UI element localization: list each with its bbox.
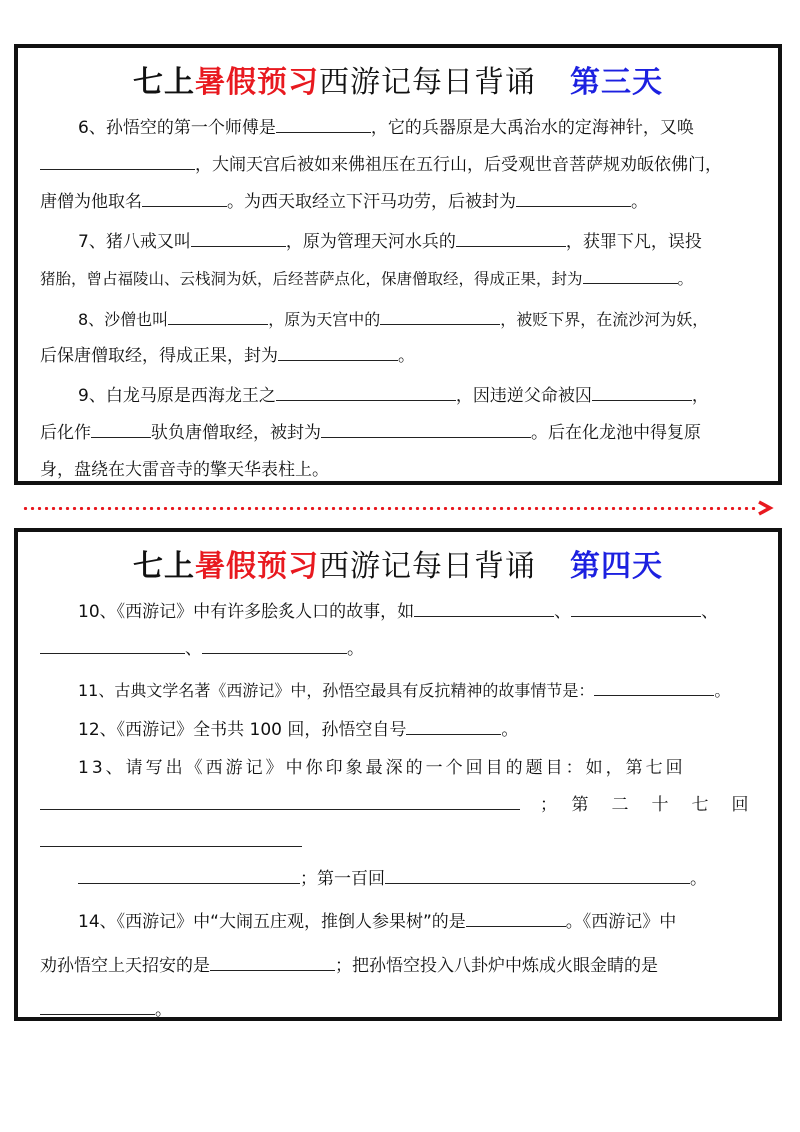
q9-blank-2[interactable] — [592, 380, 692, 401]
q6-blank-1[interactable] — [276, 112, 371, 133]
q9-text: 身，盘绕在大雷音寺的擎天华表柱上。 — [40, 460, 329, 480]
q14-text: ；把孙悟空投入八卦炉中炼成火眼金睛的是 — [335, 956, 658, 976]
title-middle: 西游记每日背诵 — [319, 549, 536, 584]
q14-text: 。 — [155, 1000, 172, 1020]
q13-text: ； 第 二 十 七 回 — [540, 795, 752, 815]
q6-blank-3[interactable] — [142, 186, 227, 207]
q10-separator: 、 — [701, 602, 718, 622]
q8-blank-2[interactable] — [380, 304, 500, 325]
q8-text: 。 — [398, 346, 415, 366]
q13-blank-3[interactable] — [78, 863, 300, 884]
title-highlight: 暑假预习 — [195, 549, 319, 584]
q9-blank-4[interactable] — [321, 417, 531, 438]
q11-text: 11、古典文学名著《西游记》中，孙悟空最具有反抗精神的故事情节是： — [78, 681, 594, 700]
q8-text: ，被贬下界，在流沙河为妖， — [500, 310, 708, 329]
q12-blank[interactable] — [406, 714, 501, 735]
q14-blank-1[interactable] — [466, 906, 566, 927]
q6-blank-2[interactable] — [40, 149, 195, 170]
q14-text: 劝孙悟空上天招安的是 — [40, 956, 210, 976]
q10-blank-4[interactable] — [202, 633, 347, 654]
q7-text: ，原为管理天河水兵的 — [286, 232, 456, 252]
q6-text: 。 — [631, 192, 648, 212]
dotted-line — [22, 507, 757, 510]
q10-blank-2[interactable] — [571, 596, 701, 617]
q6-text: 唐僧为他取名 — [40, 192, 142, 212]
q10-separator: 、 — [185, 639, 202, 659]
q7-blank-2[interactable] — [456, 226, 566, 247]
q7-text: 7、猪八戒又叫 — [78, 232, 191, 252]
q12-text: 12、《西游记》全书共 100 回，孙悟空自号 — [78, 720, 406, 740]
q7-blank-3[interactable] — [583, 263, 678, 284]
day4-title: 七上暑假预习西游记每日背诵第四天 — [18, 546, 778, 588]
q6-text: 。为西天取经立下汗马功劳，后被封为 — [227, 192, 516, 212]
q13-blank-1[interactable] — [40, 789, 520, 810]
q14-blank-3[interactable] — [40, 994, 155, 1015]
q6-blank-4[interactable] — [516, 186, 631, 207]
arrow-right-icon — [756, 500, 774, 516]
question-8: 8、沙僧也叫，原为天宫中的，被贬下界，在流沙河为妖， 后保唐僧取经，得成正果，封… — [40, 301, 760, 375]
q8-text: 后保唐僧取经，得成正果，封为 — [40, 346, 278, 366]
q9-text: 后化作 — [40, 423, 91, 443]
q8-text: ，原为天宫中的 — [268, 310, 380, 329]
question-13: 13、请写出《西游记》中你印象最深的一个回目的题目：如，第七回 ； 第 二 十 … — [40, 750, 760, 898]
q8-text: 8、沙僧也叫 — [78, 310, 168, 329]
title-day: 第四天 — [570, 549, 663, 584]
q7-text: 。 — [678, 270, 694, 288]
dotted-arrow-divider — [22, 500, 774, 516]
q11-blank[interactable] — [594, 675, 714, 696]
q9-text: ， — [692, 386, 709, 406]
q13-text: 。 — [690, 869, 707, 889]
worksheet-day3-card: 七上暑假预习西游记每日背诵第三天 6、孙悟空的第一个师傅是，它的兵器原是大禹治水… — [14, 44, 782, 485]
q11-text: 。 — [714, 681, 730, 700]
q10-blank-1[interactable] — [414, 596, 554, 617]
title-prefix: 七上 — [133, 65, 195, 100]
q7-text: 猪胎，曾占福陵山、云栈洞为妖，后经菩萨点化，保唐僧取经，得成正果，封为 — [40, 270, 583, 288]
q10-separator: 、 — [554, 602, 571, 622]
q13-text: 13、请写出《西游记》中你印象最深的一个回目的题目：如，第七回 — [78, 758, 686, 778]
q8-blank-1[interactable] — [168, 304, 268, 325]
q13-blank-2[interactable] — [40, 826, 302, 847]
title-highlight: 暑假预习 — [195, 65, 319, 100]
title-prefix: 七上 — [133, 549, 195, 584]
q9-text: 驮负唐僧取经，被封为 — [151, 423, 321, 443]
q6-text: ，大闹天宫后被如来佛祖压在五行山，后受观世音菩萨规劝皈依佛门， — [195, 155, 722, 175]
q6-text: ，它的兵器原是大禹治水的定海神针，又唤 — [371, 118, 694, 138]
question-7: 7、猪八戒又叫，原为管理天河水兵的，获罪下凡，误投 猪胎，曾占福陵山、云栈洞为妖… — [40, 224, 760, 298]
q10-text: 10、《西游记》中有许多脍炙人口的故事，如 — [78, 602, 414, 622]
q14-text: 14、《西游记》中“大闹五庄观，推倒人参果树”的是 — [78, 912, 466, 932]
q13-blank-4[interactable] — [385, 863, 690, 884]
q9-text: ，因违逆父命被囚 — [456, 386, 592, 406]
question-10: 10、《西游记》中有许多脍炙人口的故事，如、、 、。 — [40, 594, 760, 668]
title-middle: 西游记每日背诵 — [319, 65, 536, 100]
title-day: 第三天 — [570, 65, 663, 100]
q9-blank-1[interactable] — [276, 380, 456, 401]
question-14: 14、《西游记》中“大闹五庄观，推倒人参果树”的是。《西游记》中 劝孙悟空上天招… — [40, 900, 760, 1032]
q13-text: ；第一百回 — [300, 869, 385, 889]
q9-text: 。后在化龙池中得复原 — [531, 423, 701, 443]
q14-text: 。《西游记》中 — [566, 912, 677, 932]
q10-text: 。 — [347, 639, 364, 659]
q7-text: ，获罪下凡，误投 — [566, 232, 702, 252]
q10-blank-3[interactable] — [40, 633, 185, 654]
question-12: 12、《西游记》全书共 100 回，孙悟空自号。 — [40, 712, 760, 749]
q9-text: 9、白龙马原是西海龙王之 — [78, 386, 276, 406]
question-11: 11、古典文学名著《西游记》中，孙悟空最具有反抗精神的故事情节是：。 — [40, 672, 760, 709]
question-9: 9、白龙马原是西海龙王之，因违逆父命被囚， 后化作驮负唐僧取经，被封为。后在化龙… — [40, 378, 760, 489]
q7-blank-1[interactable] — [191, 226, 286, 247]
question-6: 6、孙悟空的第一个师傅是，它的兵器原是大禹治水的定海神针，又唤 ，大闹天宫后被如… — [40, 110, 760, 221]
day3-title: 七上暑假预习西游记每日背诵第三天 — [18, 62, 778, 104]
q12-text: 。 — [501, 720, 518, 740]
q6-text: 6、孙悟空的第一个师傅是 — [78, 118, 276, 138]
q8-blank-3[interactable] — [278, 340, 398, 361]
q14-blank-2[interactable] — [210, 950, 335, 971]
q9-blank-3[interactable] — [91, 417, 151, 438]
worksheet-day4-card: 七上暑假预习西游记每日背诵第四天 10、《西游记》中有许多脍炙人口的故事，如、、… — [14, 528, 782, 1021]
